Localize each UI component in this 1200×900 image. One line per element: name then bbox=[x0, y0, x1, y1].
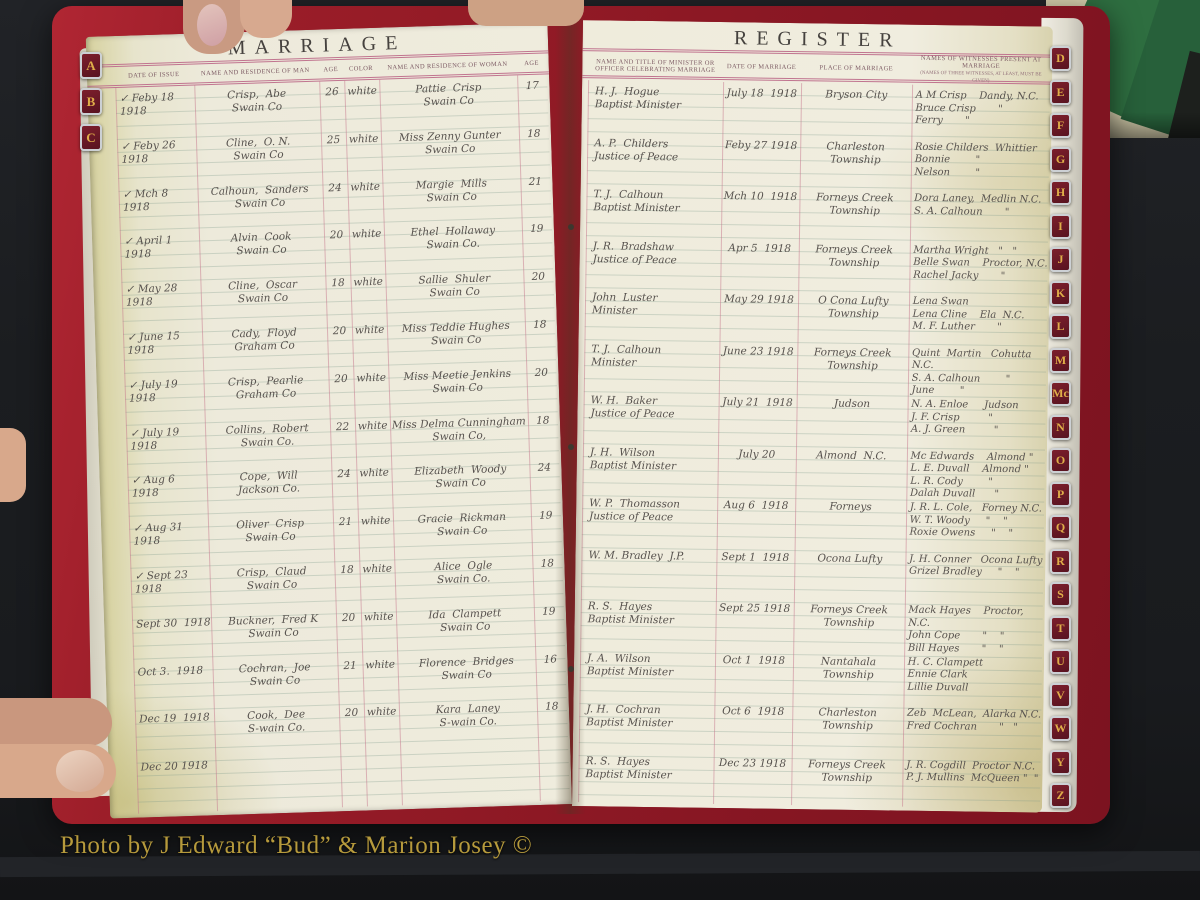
cell-witnesses: Lena Swan Lena Cline Ela N.C. M. F. Luth… bbox=[908, 296, 1047, 344]
col-officiant: Name and Title of Minister or Officer Ce… bbox=[588, 58, 722, 74]
cell-witnesses: J. H. Conner Ocona Lufty Grizel Bradley … bbox=[905, 553, 1044, 601]
cell-color: white bbox=[357, 467, 393, 511]
cell-woman-name: Miss Delma Cunningham Swain Co, bbox=[390, 415, 529, 462]
finger bbox=[468, 0, 584, 26]
cell-man-age: 20 bbox=[335, 611, 362, 655]
cell-witnesses: Dora Laney, Medlin N.C. S. A. Calhoun " bbox=[910, 193, 1049, 241]
index-tab: D bbox=[1050, 46, 1071, 71]
cell-color: white bbox=[363, 658, 399, 702]
register-row: W. P. Thomasson Justice of Peace Aug 6 1… bbox=[583, 492, 1045, 550]
cell-officiant: R. S. Hayes Baptist Minister bbox=[581, 600, 715, 652]
cell-man-name: Crisp, Abe Swain Co bbox=[194, 87, 320, 134]
cell-woman-name bbox=[400, 749, 539, 796]
cell-woman-age: 19 bbox=[522, 223, 553, 267]
col-date-of-marriage: Date of Marriage bbox=[722, 63, 801, 71]
cell-date-of-issue: ✓ Feby 26 1918 bbox=[118, 138, 197, 183]
cell-place-of-marriage: Forneys Creek Township bbox=[799, 191, 910, 239]
cell-witnesses: Martha Wright " " Belle Swan Proctor, N.… bbox=[909, 244, 1048, 292]
cell-witnesses: A M Crisp Dandy, N.C. Bruce Crisp " Ferr… bbox=[911, 90, 1050, 138]
col-color: Color bbox=[344, 64, 379, 72]
cell-color: white bbox=[355, 419, 391, 463]
cell-man-age: 20 bbox=[326, 325, 353, 369]
col-woman: Name and Residence of Woman bbox=[378, 60, 516, 71]
index-tab: B bbox=[80, 88, 102, 115]
cell-man-age: 22 bbox=[329, 420, 356, 464]
register-row: J. H. Cochran Baptist Minister Oct 6 191… bbox=[580, 698, 1042, 756]
cell-woman-age: 20 bbox=[526, 366, 557, 410]
cell-date-of-marriage: Oct 1 1918 bbox=[714, 653, 793, 701]
cell-place-of-marriage: Forneys bbox=[795, 500, 906, 548]
cell-place-of-marriage: Charleston Township bbox=[800, 140, 911, 188]
cell-date-of-issue: Dec 19 1918 bbox=[136, 712, 215, 757]
index-tabs-right: D E F G H I J K L M Mc N bbox=[1050, 46, 1071, 808]
col-date-of-issue: Date of Issue bbox=[115, 70, 193, 79]
index-tab: V bbox=[1050, 683, 1071, 708]
cell-date-of-marriage: Sept 1 1918 bbox=[716, 550, 795, 598]
register-row: H. J. Hogue Baptist Minister July 18 191… bbox=[588, 80, 1050, 138]
cell-officiant: H. J. Hogue Baptist Minister bbox=[588, 85, 722, 133]
cell-woman-name: Miss Meetie Jenkins Swain Co bbox=[388, 367, 527, 414]
cell-color: white bbox=[360, 562, 396, 606]
cell-officiant: W. P. Thomasson Justice of Peace bbox=[583, 497, 717, 545]
cell-date-of-issue: ✓ July 19 1918 bbox=[127, 425, 206, 470]
cell-color: white bbox=[349, 228, 385, 272]
cell-woman-name: Pattie Crisp Swain Co bbox=[379, 80, 518, 127]
cell-color: white bbox=[348, 180, 384, 224]
cell-date-of-issue: Dec 20 1918 bbox=[137, 759, 216, 804]
cell-woman-name: Florence Bridges Swain Co bbox=[397, 654, 536, 701]
cell-man-age: 20 bbox=[328, 372, 355, 416]
cell-officiant: J. H. Cochran Baptist Minister bbox=[580, 703, 714, 751]
cell-date-of-marriage: July 18 1918 bbox=[722, 87, 801, 135]
col-place-of-marriage: Place of Marriage bbox=[801, 64, 912, 73]
index-tabs-left: A B C bbox=[80, 52, 102, 151]
cell-color: white bbox=[361, 610, 397, 654]
cell-man-age bbox=[340, 755, 367, 799]
cell-color: white bbox=[352, 324, 388, 368]
cell-man-name: Calhoun, Sanders Swain Co bbox=[197, 182, 323, 229]
index-tab: O bbox=[1050, 448, 1071, 473]
register-row: J. A. Wilson Baptist Minister Oct 1 1918… bbox=[581, 647, 1043, 705]
index-tab: A bbox=[80, 52, 102, 79]
cell-man-name: Alvin Cook Swain Co bbox=[198, 230, 324, 277]
register-row: John Luster Minister May 29 1918 O Cona … bbox=[586, 286, 1048, 344]
register-row: W. M. Bradley J.P. Sept 1 1918 Ocona Luf… bbox=[582, 544, 1044, 602]
cell-officiant: T. J. Calhoun Minister bbox=[585, 343, 719, 395]
cell-officiant: J. A. Wilson Baptist Minister bbox=[581, 652, 715, 700]
cell-witnesses: Mc Edwards Almond " L. E. Duvall Almond … bbox=[906, 450, 1045, 502]
left-table: ✓ Feby 18 1918 Crisp, Abe Swain Co 26 wh… bbox=[115, 74, 570, 813]
cell-woman-name: Gracie Rickman Swain Co bbox=[393, 510, 532, 557]
cell-color: white bbox=[345, 85, 381, 129]
register-row: A. P. Childers Justice of Peace Feby 27 … bbox=[588, 132, 1050, 190]
cell-officiant: R. S. Hayes Baptist Minister bbox=[579, 755, 713, 803]
register-row: W. H. Baker Justice of Peace July 21 191… bbox=[584, 389, 1046, 447]
cell-man-name: Cady, Floyd Graham Co bbox=[201, 325, 327, 372]
cell-man-name: Cline, O. N. Swain Co bbox=[195, 134, 321, 181]
cell-color: white bbox=[346, 132, 382, 176]
cell-woman-name: Miss Zenny Gunter Swain Co bbox=[381, 128, 520, 175]
cell-man-age: 26 bbox=[319, 86, 346, 130]
cell-date-of-issue: ✓ Feby 18 1918 bbox=[116, 91, 195, 136]
index-tab: M bbox=[1050, 348, 1071, 373]
cell-man-age: 24 bbox=[331, 468, 358, 512]
index-tab: H bbox=[1050, 180, 1071, 205]
cell-date-of-issue: ✓ Mch 8 1918 bbox=[119, 186, 198, 231]
index-tab: Q bbox=[1050, 515, 1071, 540]
cell-date-of-marriage: July 20 bbox=[717, 447, 796, 498]
index-tab: L bbox=[1050, 314, 1071, 339]
right-page: REGISTER Name and Title of Minister or O… bbox=[572, 20, 1053, 812]
cell-place-of-marriage: O Cona Lufty Township bbox=[798, 294, 909, 342]
cell-date-of-marriage: Feby 27 1918 bbox=[721, 139, 800, 187]
register-row: R. S. Hayes Baptist Minister Sept 25 191… bbox=[581, 595, 1043, 653]
cell-woman-name: Elizabeth Woody Swain Co bbox=[391, 463, 530, 510]
cell-place-of-marriage: Ocona Lufty bbox=[794, 552, 905, 600]
cell-woman-name: Alice Ogle Swain Co. bbox=[394, 558, 533, 605]
cell-woman-name: Ethel Hollaway Swain Co. bbox=[384, 224, 523, 271]
left-page: MARRIAGE Date of Issue Name and Residenc… bbox=[86, 22, 572, 818]
cell-place-of-marriage: Forneys Creek Township bbox=[793, 603, 904, 655]
cell-date-of-issue: ✓ Aug 6 1918 bbox=[128, 473, 207, 518]
cell-date-of-marriage: Apr 5 1918 bbox=[720, 242, 799, 290]
cell-man-age: 21 bbox=[332, 516, 359, 560]
right-table: H. J. Hogue Baptist Minister July 18 191… bbox=[578, 80, 1050, 808]
index-tab: Y bbox=[1050, 750, 1071, 775]
cell-color: white bbox=[351, 276, 387, 320]
cell-date-of-marriage: Aug 6 1918 bbox=[716, 499, 795, 547]
cell-date-of-issue: ✓ May 28 1918 bbox=[122, 282, 201, 327]
cell-man-name: Cline, Oscar Swain Co bbox=[200, 278, 326, 325]
index-tab: R bbox=[1050, 549, 1071, 574]
col-woman-age: Age bbox=[516, 59, 546, 67]
binding-hole bbox=[568, 224, 574, 230]
cell-date-of-issue: ✓ June 15 1918 bbox=[124, 329, 203, 374]
cell-date-of-marriage: Oct 6 1918 bbox=[713, 705, 792, 753]
cell-place-of-marriage: Judson bbox=[796, 397, 907, 445]
col-witnesses-label: Names of Witnesses Present at Marriage bbox=[921, 55, 1042, 70]
binding-hole bbox=[568, 666, 574, 672]
cell-officiant: J. H. Wilson Baptist Minister bbox=[583, 446, 717, 498]
cell-woman-age: 18 bbox=[519, 127, 550, 171]
cell-man-age: 20 bbox=[338, 707, 365, 751]
col-witnesses-note: (Names of three witnesses, at least, mus… bbox=[911, 70, 1050, 86]
register-row: T. J. Calhoun Baptist Minister Mch 10 19… bbox=[587, 183, 1049, 241]
finger bbox=[0, 698, 112, 746]
cell-man-name: Cochran, Joe Swain Co bbox=[212, 660, 338, 707]
index-tab: G bbox=[1050, 147, 1071, 172]
cell-officiant: J. R. Bradshaw Justice of Peace bbox=[586, 240, 720, 288]
cell-date-of-issue: Sept 30 1918 bbox=[133, 616, 212, 661]
cell-witnesses: Mack Hayes Proctor, N.C. John Cope " " B… bbox=[904, 605, 1043, 657]
cell-man-name: Buckner, Fred K Swain Co bbox=[210, 612, 336, 659]
book-gutter bbox=[555, 16, 585, 814]
cell-date-of-marriage: June 23 1918 bbox=[718, 345, 797, 396]
cell-place-of-marriage: Nantahala Township bbox=[793, 655, 904, 703]
index-tab: Mc bbox=[1050, 381, 1071, 406]
index-tab: K bbox=[1050, 281, 1071, 306]
cell-man-age: 21 bbox=[337, 659, 364, 703]
finger bbox=[0, 744, 116, 798]
left-rows: ✓ Feby 18 1918 Crisp, Abe Swain Co 26 wh… bbox=[116, 74, 570, 813]
cell-place-of-marriage: Almond N.C. bbox=[795, 449, 906, 501]
cell-date-of-marriage: May 29 1918 bbox=[719, 293, 798, 341]
cell-place-of-marriage: Charleston Township bbox=[792, 706, 903, 754]
cell-woman-age: 21 bbox=[520, 175, 551, 219]
fingernail bbox=[56, 750, 104, 792]
cell-man-age: 18 bbox=[325, 277, 352, 321]
cell-date-of-marriage: July 21 1918 bbox=[718, 396, 797, 444]
cell-man-age: 20 bbox=[323, 229, 350, 273]
cell-date-of-marriage: Dec 23 1918 bbox=[713, 756, 792, 804]
cell-man-age: 25 bbox=[320, 134, 347, 178]
index-tab: S bbox=[1050, 582, 1071, 607]
cell-officiant: A. P. Childers Justice of Peace bbox=[588, 137, 722, 185]
index-tab: I bbox=[1050, 214, 1071, 239]
cell-man-name: Collins, Robert Swain Co. bbox=[204, 421, 330, 468]
register-row: J. R. Bradshaw Justice of Peace Apr 5 19… bbox=[586, 235, 1048, 293]
register-row: R. S. Hayes Baptist Minister Dec 23 1918… bbox=[579, 750, 1041, 808]
cell-woman-name: Sallie Shuler Swain Co bbox=[385, 271, 524, 318]
cell-man-age: 18 bbox=[334, 564, 361, 608]
index-tab: E bbox=[1050, 80, 1071, 105]
cell-witnesses: N. A. Enloe Judson J. F. Crisp " A. J. G… bbox=[907, 399, 1046, 447]
cell-woman-age: 17 bbox=[517, 79, 548, 123]
cell-woman-name: Kara Laney S-wain Co. bbox=[399, 701, 538, 748]
cell-man-name: Oliver Crisp Swain Co bbox=[207, 517, 333, 564]
cell-man-name bbox=[215, 755, 341, 802]
col-age: Age bbox=[318, 65, 344, 73]
cell-place-of-marriage: Bryson City bbox=[800, 88, 911, 136]
cell-date-of-issue: Oct 3. 1918 bbox=[134, 664, 213, 709]
cell-witnesses: H. C. Clampett Ennie Clark Lillie Duvall bbox=[903, 656, 1042, 704]
cell-place-of-marriage: Forneys Creek Township bbox=[798, 243, 909, 291]
cell-color bbox=[366, 754, 402, 798]
cell-man-name: Cook, Dee S-wain Co. bbox=[213, 708, 339, 755]
fingernail bbox=[197, 4, 227, 46]
index-tab: U bbox=[1050, 649, 1071, 674]
cell-witnesses: Zeb McLean, Alarka N.C. Fred Cochran " " bbox=[902, 708, 1041, 756]
col-witnesses: Names of Witnesses Present at Marriage (… bbox=[911, 55, 1050, 86]
cell-color: white bbox=[354, 371, 390, 415]
col-man: Name and Residence of Man bbox=[193, 66, 318, 77]
cell-date-of-issue: ✓ Aug 31 1918 bbox=[130, 520, 209, 565]
photo-credit: Photo by J Edward “Bud” & Marion Josey © bbox=[60, 832, 532, 860]
cell-witnesses: J. R. L. Cole, Forney N.C. W. T. Woody "… bbox=[905, 502, 1044, 550]
index-tab: P bbox=[1050, 482, 1071, 507]
cell-woman-age: 18 bbox=[525, 318, 556, 362]
cell-date-of-issue: ✓ April 1 1918 bbox=[121, 234, 200, 279]
cell-color: white bbox=[364, 706, 400, 750]
register-row: J. H. Wilson Baptist Minister July 20 Al… bbox=[583, 441, 1045, 499]
cell-man-name: Crisp, Pearlie Graham Co bbox=[203, 373, 329, 420]
cell-place-of-marriage: Forneys Creek Township bbox=[791, 758, 902, 806]
right-rows: H. J. Hogue Baptist Minister July 18 191… bbox=[579, 80, 1050, 808]
cell-man-age: 24 bbox=[322, 181, 349, 225]
register-book: MARRIAGE Date of Issue Name and Residenc… bbox=[52, 6, 1110, 824]
photo-scene: MARRIAGE Date of Issue Name and Residenc… bbox=[0, 0, 1200, 900]
cell-witnesses: Quint Martin Cohutta N.C. S. A. Calhoun … bbox=[907, 347, 1046, 399]
cell-witnesses: Rosie Childers Whittier Bonnie " Nelson … bbox=[910, 141, 1049, 189]
cell-color: white bbox=[358, 515, 394, 559]
cell-woman-age: 20 bbox=[523, 271, 554, 315]
index-tab: C bbox=[80, 124, 102, 151]
index-tab: W bbox=[1050, 716, 1071, 741]
index-tab: T bbox=[1050, 616, 1071, 641]
cell-date-of-marriage: Sept 25 1918 bbox=[715, 602, 794, 653]
finger bbox=[0, 428, 26, 502]
binding-hole bbox=[568, 444, 574, 450]
cell-date-of-issue: ✓ July 19 1918 bbox=[125, 377, 204, 422]
cell-woman-name: Ida Clampett Swain Co bbox=[396, 606, 535, 653]
cell-officiant: John Luster Minister bbox=[586, 291, 720, 339]
index-tab: Z bbox=[1050, 783, 1071, 808]
index-tab: F bbox=[1050, 113, 1071, 138]
index-tab: J bbox=[1050, 247, 1071, 272]
cell-man-name: Cope, Will Jackson Co. bbox=[206, 469, 332, 516]
cell-date-of-marriage: Mch 10 1918 bbox=[721, 190, 800, 238]
register-row: T. J. Calhoun Minister June 23 1918 Forn… bbox=[585, 338, 1047, 396]
cell-officiant: W. M. Bradley J.P. bbox=[582, 549, 716, 597]
cell-officiant: W. H. Baker Justice of Peace bbox=[584, 394, 718, 442]
cell-man-name: Crisp, Claud Swain Co bbox=[209, 564, 335, 611]
cell-woman-name: Margie Mills Swain Co bbox=[382, 176, 521, 223]
index-tab: N bbox=[1050, 415, 1071, 440]
cell-witnesses: J. R. Cogdill Proctor N.C. P. J. Mullins… bbox=[902, 759, 1041, 807]
cell-officiant: T. J. Calhoun Baptist Minister bbox=[587, 188, 721, 236]
cell-woman-name: Miss Teddie Hughes Swain Co bbox=[387, 319, 526, 366]
cell-date-of-issue: ✓ Sept 23 1918 bbox=[131, 568, 210, 613]
cell-place-of-marriage: Forneys Creek Township bbox=[797, 346, 908, 398]
